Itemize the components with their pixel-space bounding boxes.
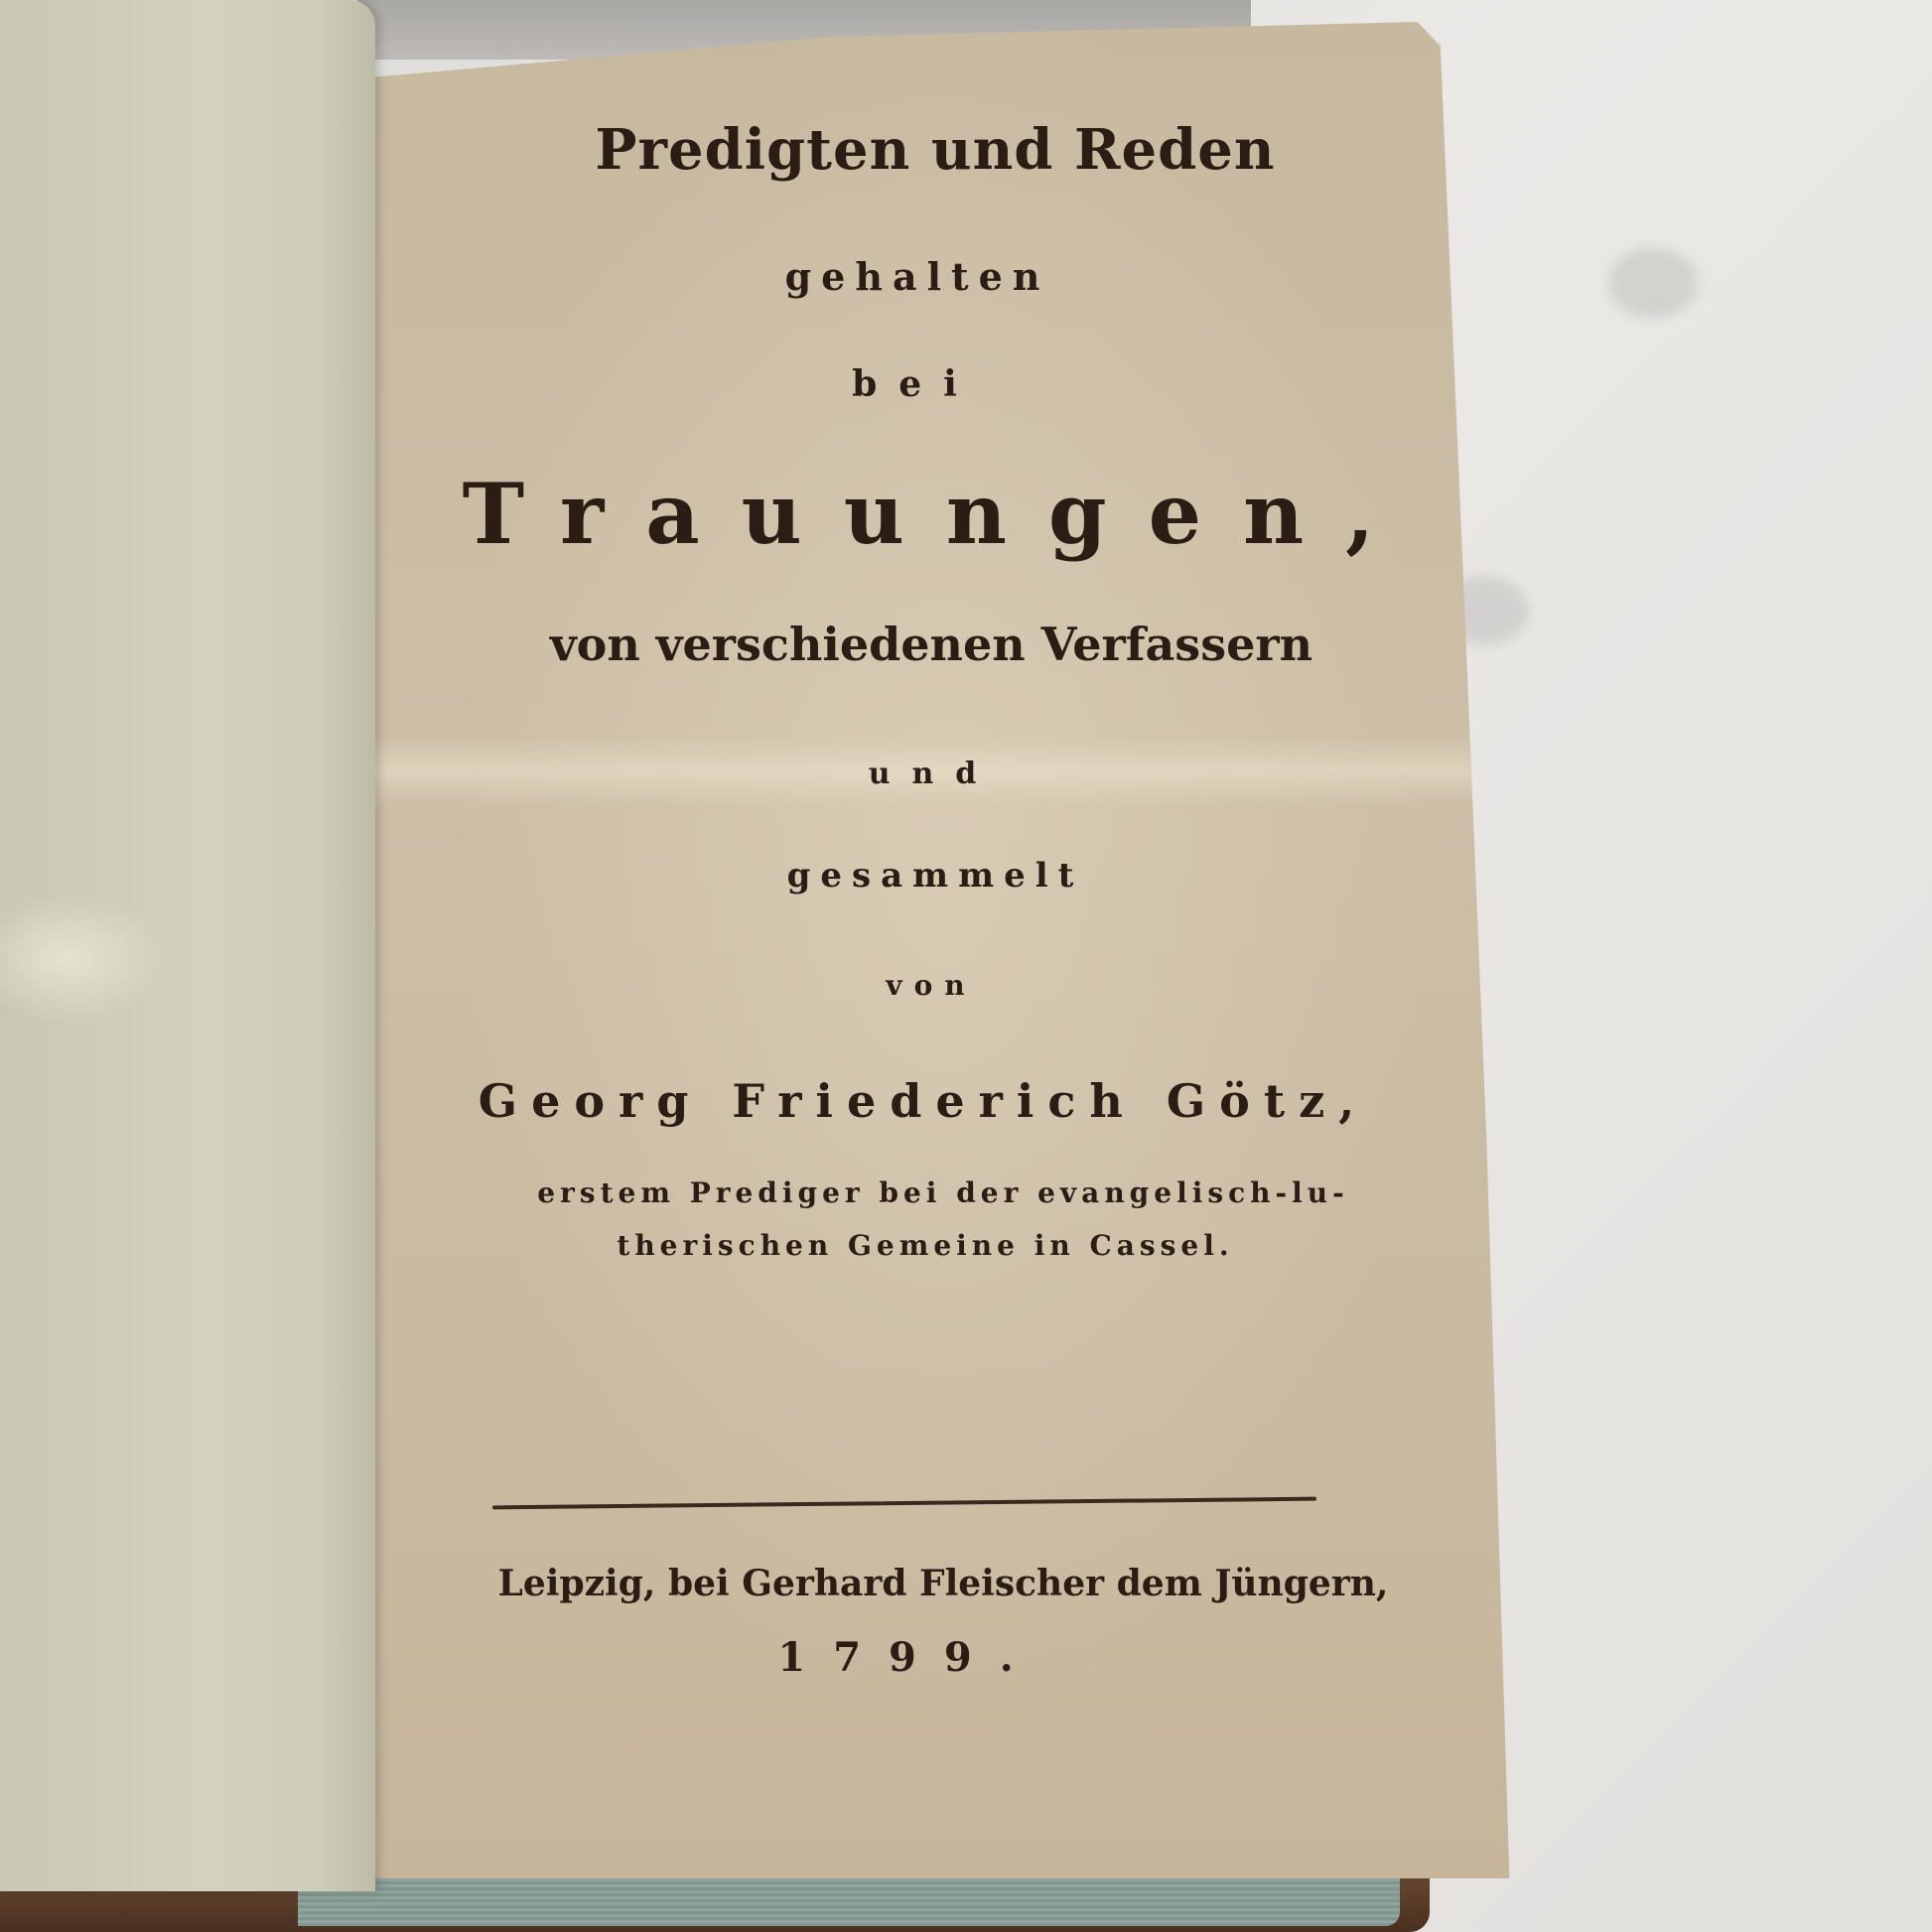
main-title-word: Trauungen, [363, 465, 1515, 563]
subtitle-von: von [355, 969, 1507, 1002]
book-page-edges [298, 1874, 1400, 1926]
page-stain [0, 894, 169, 1023]
author-name: Georg Friederich Götz, [347, 1074, 1499, 1128]
subtitle-gesammelt: gesammelt [359, 856, 1511, 896]
subtitle-bei: bei [340, 363, 1491, 405]
book-title: Predigten und Reden [359, 117, 1511, 183]
title-page: Predigten und Reden gehalten bei Trauung… [369, 22, 1521, 1878]
subtitle-authors: von verschiedenen Verfassern [355, 618, 1507, 671]
publication-year: 1799. [334, 1634, 1485, 1681]
divider-rule [492, 1497, 1316, 1510]
background-smudge [1608, 248, 1698, 318]
title-page-text: Predigten und Reden gehalten bei Trauung… [369, 22, 1521, 1878]
subtitle-gehalten: gehalten [342, 254, 1493, 299]
author-position-line-2: therischen Gemeine in Cassel. [349, 1229, 1501, 1262]
publisher-imprint: Leipzig, bei Gerhard Fleischer dem Jünge… [367, 1563, 1519, 1604]
left-blank-page [0, 0, 375, 1891]
author-position-line-1: erstem Prediger bei der evangelisch-lu- [367, 1176, 1519, 1209]
subtitle-und: und [357, 757, 1509, 791]
